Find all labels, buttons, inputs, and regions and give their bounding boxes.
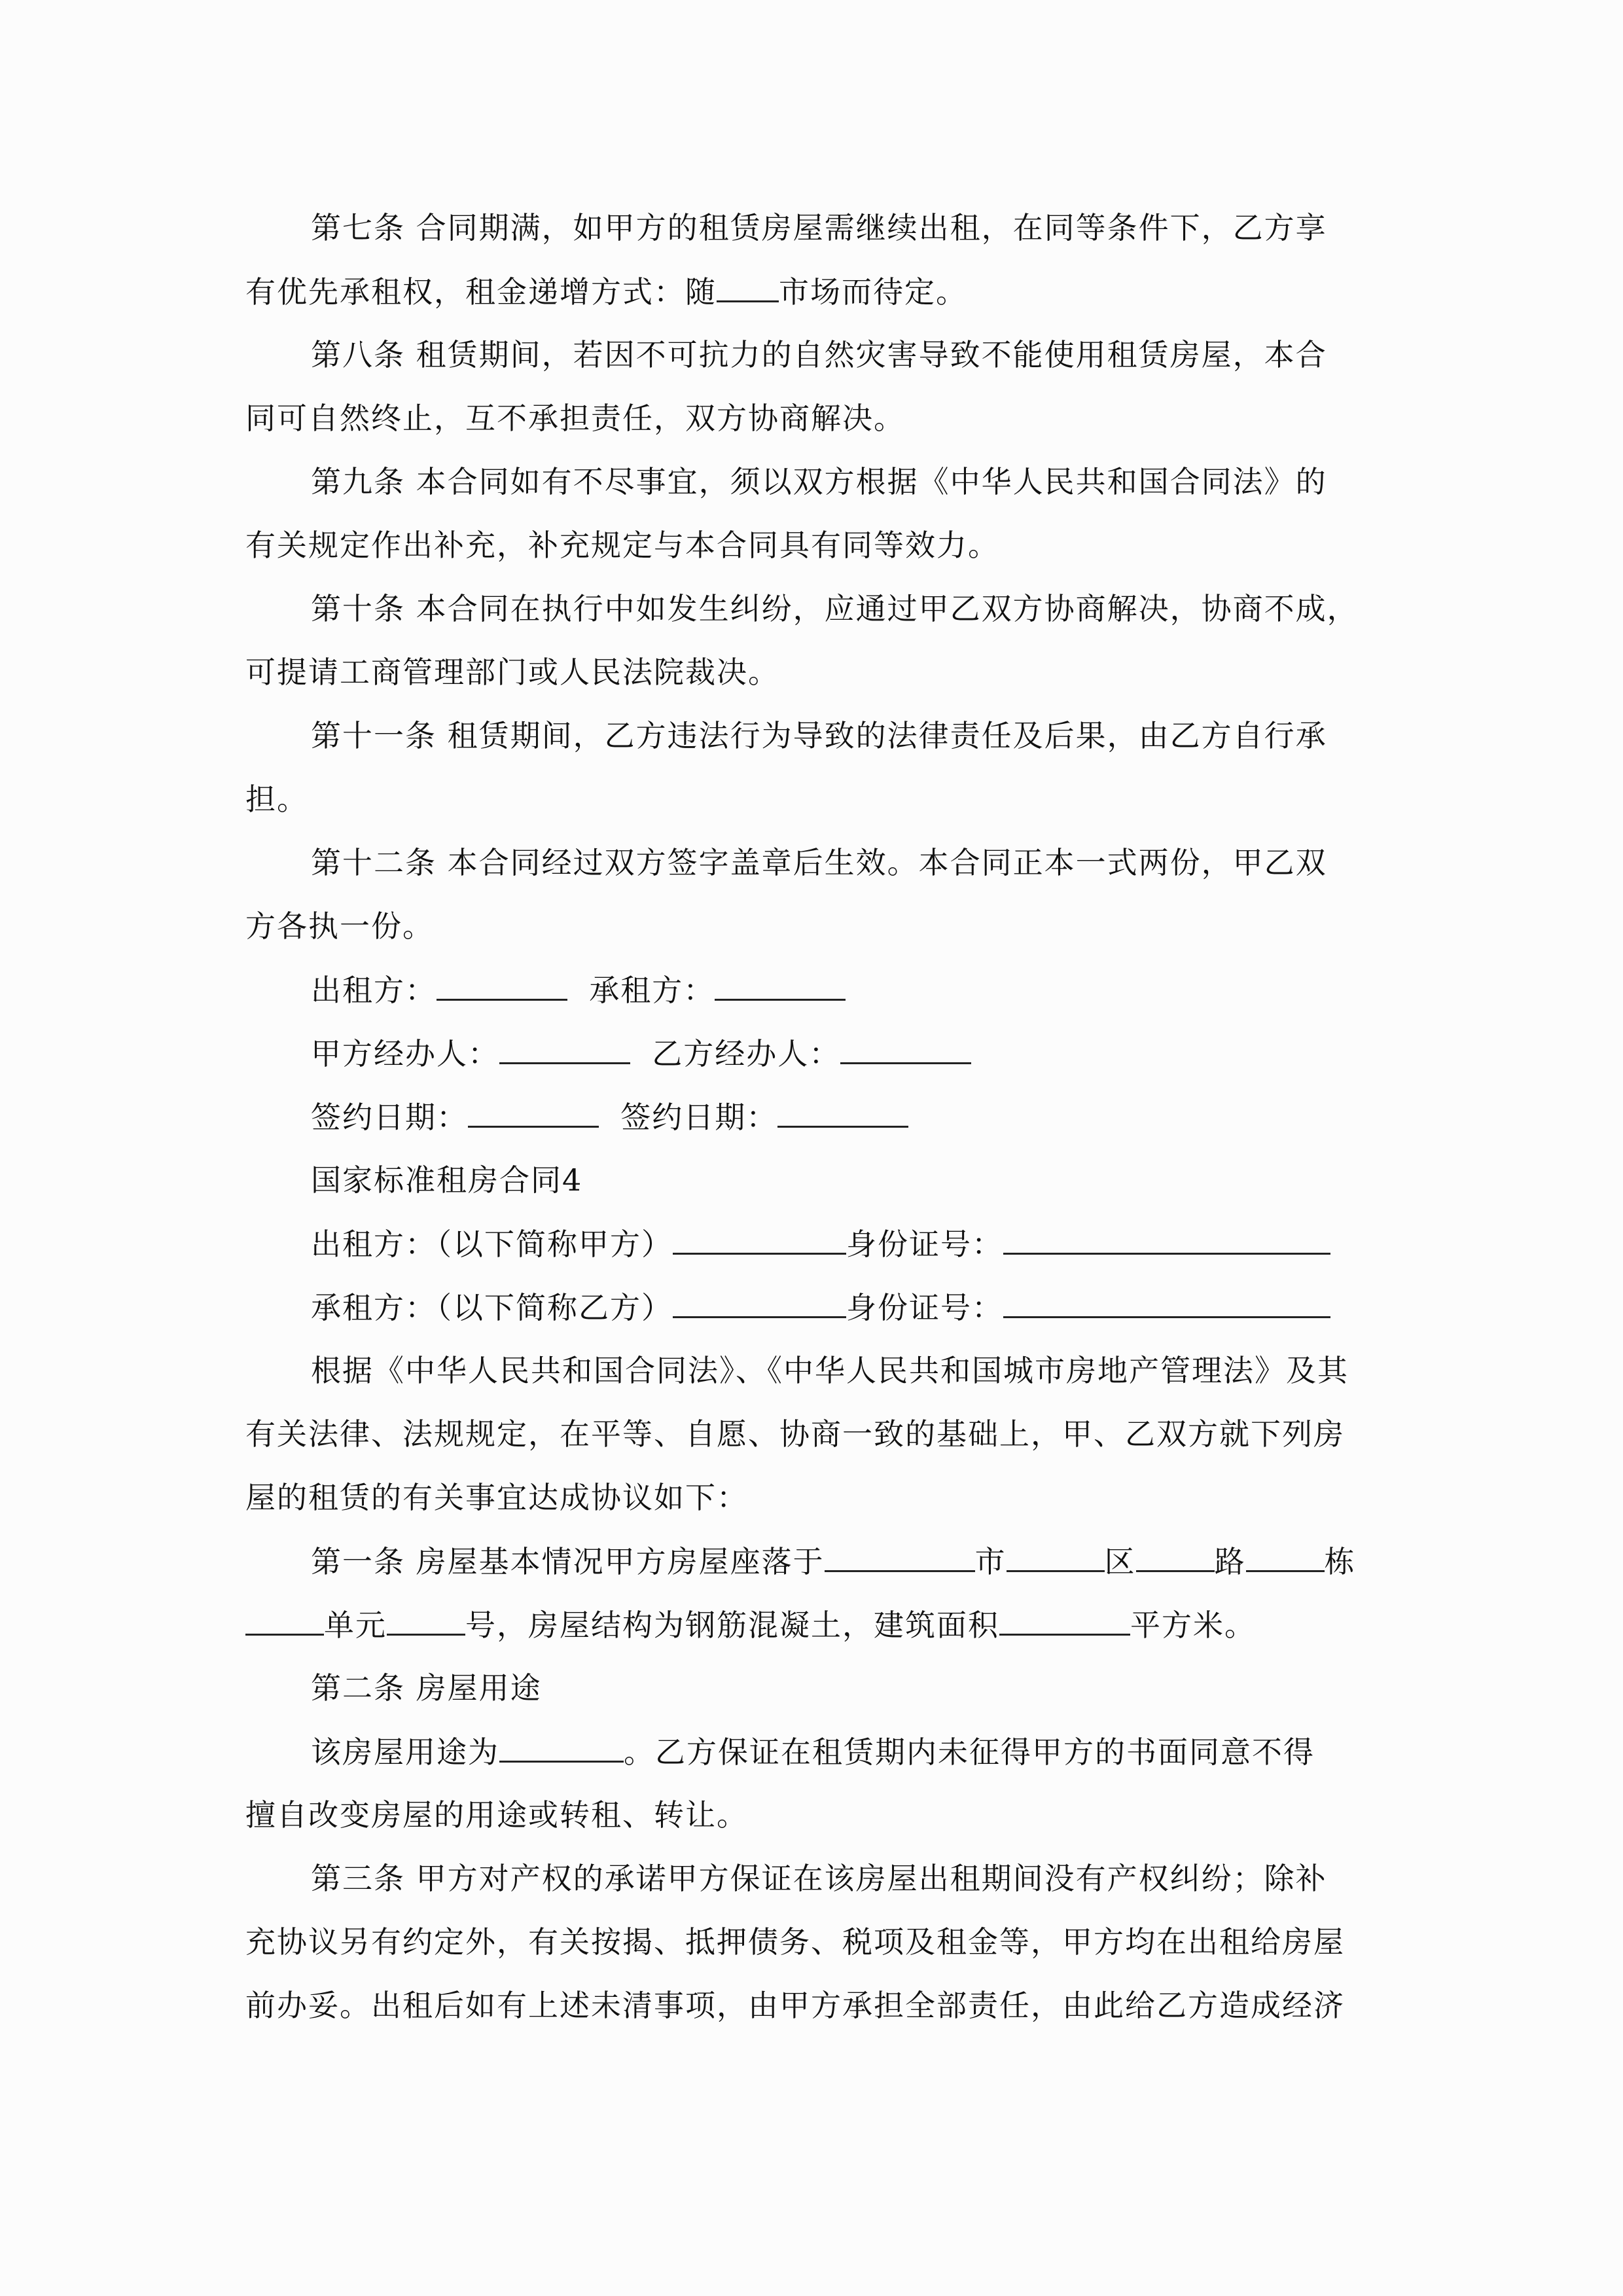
- preamble-line-2: 有关法律、法规规定，在平等、自愿、协商一致的基础上，甲、乙双方就下列房: [245, 1414, 1345, 1454]
- lessor-id-blank[interactable]: [1003, 1224, 1330, 1255]
- unit-label: 单元: [324, 1607, 387, 1643]
- lessor-id-label: 身份证号：: [846, 1227, 1003, 1262]
- number-blank[interactable]: [387, 1605, 465, 1636]
- area-blank[interactable]: [999, 1605, 1130, 1636]
- sqm-label: 平方米。: [1130, 1607, 1256, 1643]
- article-7-text-a: 有优先承租权，租金递增方式：随: [245, 274, 717, 310]
- contract-4-lessor-line: 出租方：（以下简称甲方）身份证号：: [311, 1224, 1330, 1264]
- sign-date-label-a: 签约日期：: [311, 1100, 468, 1135]
- party-b-agent-blank[interactable]: [840, 1033, 971, 1064]
- lessee-id-label: 身份证号：: [846, 1290, 1003, 1325]
- city-blank[interactable]: [1007, 1541, 1105, 1572]
- article-12-line-1: 第十二条 本合同经过双方签字盖章后生效。本合同正本一式两份，甲乙双: [311, 843, 1327, 882]
- district-blank[interactable]: [1136, 1541, 1215, 1572]
- lessee-id-blank[interactable]: [1003, 1287, 1330, 1318]
- lessee-line-label: 承租方：（以下简称乙方）: [311, 1290, 673, 1325]
- road-blank[interactable]: [1246, 1541, 1325, 1572]
- lessor-signature-blank[interactable]: [437, 970, 567, 1001]
- usage-text: 。乙方保证在租赁期内未征得甲方的书面同意不得: [624, 1734, 1315, 1770]
- article-9-line-1: 第九条 本合同如有不尽事宜，须以双方根据《中华人民共和国合同法》的: [311, 462, 1327, 501]
- unit-blank[interactable]: [245, 1605, 324, 1636]
- c4-article-1-line-2: 单元号，房屋结构为钢筋混凝土，建筑面积平方米。: [245, 1605, 1256, 1645]
- rent-increase-blank[interactable]: [717, 272, 779, 302]
- party-b-agent-label: 乙方经办人：: [652, 1036, 840, 1071]
- party-a-agent-blank[interactable]: [499, 1033, 630, 1064]
- lessee-signature-blank[interactable]: [715, 970, 846, 1001]
- lessor-line-label: 出租方：（以下简称甲方）: [311, 1227, 673, 1262]
- article-7-line-1: 第七条 合同期满，如甲方的租赁房屋需继续出租，在同等条件下，乙方享: [311, 208, 1327, 247]
- article-12-line-2: 方各执一份。: [245, 906, 434, 946]
- location-blank[interactable]: [825, 1541, 975, 1572]
- article-7-text-b: 市场而待定。: [779, 274, 967, 310]
- district-label: 区: [1105, 1544, 1136, 1579]
- c4-article-3-line-2: 充协议另有约定外，有关按揭、抵押债务、税项及租金等，甲方均在出租给房屋: [245, 1922, 1345, 1962]
- article-11-line-2: 担。: [245, 780, 308, 819]
- contract-4-title: 国家标准租房合同4: [311, 1160, 582, 1200]
- party-a-agent-label: 甲方经办人：: [311, 1036, 499, 1071]
- lessor-name-blank[interactable]: [673, 1224, 846, 1255]
- c4-article-3-line-1: 第三条 甲方对产权的承诺甲方保证在该房屋出租期间没有产权纠纷；除补: [311, 1859, 1327, 1898]
- sign-date-blank-b[interactable]: [777, 1097, 908, 1128]
- city-label: 市: [975, 1544, 1007, 1579]
- lessor-label: 出租方：: [311, 973, 437, 1008]
- article-9-line-2: 有关规定作出补充，补充规定与本合同具有同等效力。: [245, 526, 999, 565]
- sign-date-label-b: 签约日期：: [620, 1100, 777, 1135]
- number-text: 号，房屋结构为钢筋混凝土，建筑面积: [465, 1607, 999, 1643]
- c4-article-2-title: 第二条 房屋用途: [311, 1668, 542, 1708]
- document-page: 第七条 合同期满，如甲方的租赁房屋需继续出租，在同等条件下，乙方享 有优先承租权…: [0, 0, 1623, 2296]
- c4-article-2-line-2: 擅自改变房屋的用途或转租、转让。: [245, 1795, 748, 1835]
- preamble-line-3: 屋的租赁的有关事宜达成协议如下：: [245, 1478, 748, 1517]
- article-8-line-2: 同可自然终止，互不承担责任，双方协商解决。: [245, 399, 905, 438]
- article-11-line-1: 第十一条 租赁期间，乙方违法行为导致的法律责任及后果，由乙方自行承: [311, 716, 1327, 755]
- lessee-name-blank[interactable]: [673, 1287, 846, 1318]
- usage-blank[interactable]: [499, 1732, 624, 1763]
- sign-date-blank-a[interactable]: [468, 1097, 599, 1128]
- signature-parties-line: 出租方： 承租方：: [311, 970, 846, 1010]
- signature-dates-line: 签约日期： 签约日期：: [311, 1097, 908, 1137]
- c4-article-3-line-3: 前办妥。出租后如有上述未清事项，由甲方承担全部责任，由此给乙方造成经济: [245, 1986, 1345, 2025]
- article-8-line-1: 第八条 租赁期间，若因不可抗力的自然灾害导致不能使用租赁房屋，本合: [311, 335, 1327, 374]
- road-label: 路: [1215, 1544, 1246, 1579]
- c4-article-1-line-1: 第一条 房屋基本情况甲方房屋座落于市区路栋: [311, 1541, 1356, 1581]
- preamble-line-1: 根据《中华人民共和国合同法》、《中华人民共和国城市房地产管理法》及其: [311, 1351, 1349, 1390]
- article-10-line-1: 第十条 本合同在执行中如发生纠纷，应通过甲乙双方协商解决，协商不成，: [311, 589, 1359, 628]
- building-label: 栋: [1325, 1544, 1356, 1579]
- article-10-line-2: 可提请工商管理部门或人民法院裁决。: [245, 653, 779, 692]
- article-7-line-2: 有优先承租权，租金递增方式：随市场而待定。: [245, 272, 967, 312]
- contract-4-lessee-line: 承租方：（以下简称乙方）身份证号：: [311, 1287, 1330, 1327]
- signature-agents-line: 甲方经办人： 乙方经办人：: [311, 1033, 971, 1073]
- c4-article-2-line-1: 该房屋用途为。乙方保证在租赁期内未征得甲方的书面同意不得: [311, 1732, 1315, 1772]
- usage-label: 该房屋用途为: [311, 1734, 499, 1770]
- lessee-label: 承租方：: [589, 973, 715, 1008]
- c4-article-1-text: 第一条 房屋基本情况甲方房屋座落于: [311, 1544, 825, 1579]
